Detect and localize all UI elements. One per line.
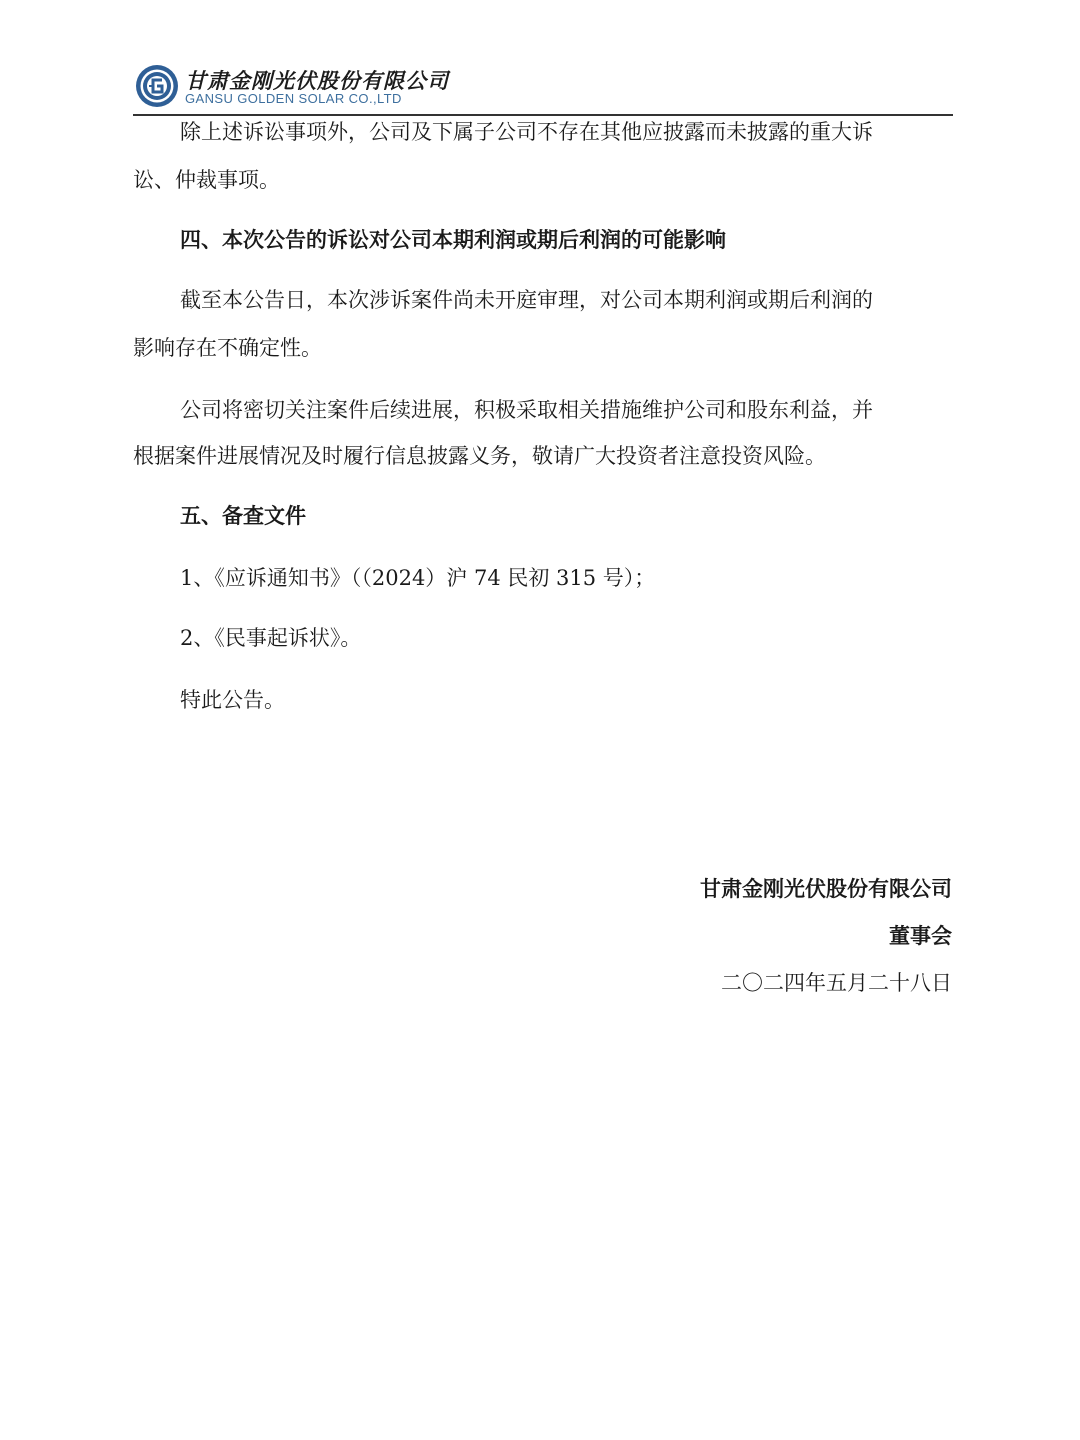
paragraph-no-other-litigation-line2: 讼、仲裁事项。 — [133, 156, 953, 204]
signature-company: 甘肃金刚光伏股份有限公司 — [700, 873, 952, 903]
document-item: 2、《民事起诉状》。 — [180, 614, 955, 662]
signature-date: 二〇二四年五月二十八日 — [721, 967, 952, 997]
paragraph-no-other-litigation-line1: 除上述诉讼事项外，公司及下属子公司不存在其他应披露而未披露的重大诉 — [180, 108, 955, 156]
document-item: 1、《应诉通知书》（（2024）沪 74 民初 315 号）； — [180, 554, 955, 602]
signature-board: 董事会 — [889, 920, 952, 950]
section-heading-documents: 五、备查文件 — [180, 492, 955, 540]
closing-statement: 特此公告。 — [180, 676, 955, 724]
paragraph-followup-line1: 公司将密切关注案件后续进展，积极采取相关措施维护公司和股东利益，并 — [180, 386, 955, 434]
letterhead: 甘肃金刚光伏股份有限公司 GANSU GOLDEN SOLAR CO.,LTD — [133, 62, 953, 110]
company-name-en: GANSU GOLDEN SOLAR CO.,LTD — [185, 91, 402, 106]
paragraph-impact-line2: 影响存在不确定性。 — [133, 324, 953, 372]
paragraph-impact-line1: 截至本公告日，本次涉诉案件尚未开庭审理，对公司本期利润或期后利润的 — [180, 276, 955, 324]
company-logo-icon — [135, 64, 179, 108]
section-heading-impact: 四、本次公告的诉讼对公司本期利润或期后利润的可能影响 — [180, 216, 955, 264]
paragraph-followup-line2: 根据案件进展情况及时履行信息披露义务，敬请广大投资者注意投资风险。 — [133, 432, 953, 480]
